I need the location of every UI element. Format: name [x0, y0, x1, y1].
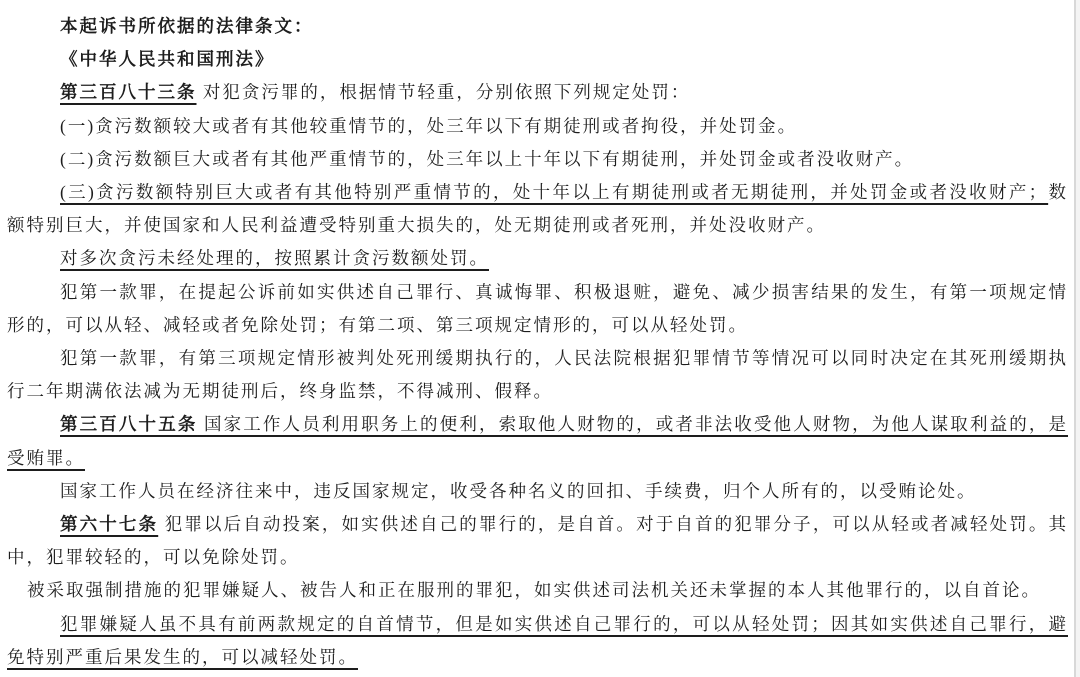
article-383-item-3: (三)贪污数额特别巨大或者有其他特别严重情节的，处十年以上有期徒刑或者无期徒刑，… — [7, 176, 1068, 242]
article-385-para-2: 国家工作人员在经济往来中，违反国家规定，收受各种名义的回扣、手续费，归个人所有的… — [7, 475, 1068, 508]
legal-text-body: 本起诉书所依据的法律条文：《中华人民共和国刑法》第三百八十三条 对犯贪污罪的，根… — [0, 0, 1074, 677]
text-run: 犯第一款罪，在提起公诉前如实供述自己罪行、真诚悔罪、积极退赃，避免、减少损害结果… — [7, 282, 1068, 335]
text-run: (二)贪污数额巨大或者有其他严重情节的，处三年以上十年以下有期徒刑，并处罚金或者… — [60, 149, 914, 169]
text-run: (三)贪污数额特别巨大或者有其他特别严重情节的，处十年以上有期徒刑或者无期徒刑，… — [60, 182, 1048, 202]
article-383-item-1: (一)贪污数额较大或者有其他较重情节的，处三年以下有期徒刑或者拘役，并处罚金。 — [7, 110, 1068, 143]
text-run: 犯罪嫌疑人虽不具有前两款规定的自首情节，但是如实供述自己罪行的，可以从轻处罚；因… — [7, 614, 1068, 667]
text-run: 犯罪以后自动投案，如实供述自己的罪行的，是自首。对于自首的犯罪分子，可以从轻或者… — [7, 514, 1068, 567]
page-background: 本起诉书所依据的法律条文：《中华人民共和国刑法》第三百八十三条 对犯贪污罪的，根… — [0, 0, 1080, 677]
text-run: 第六十七条 — [60, 514, 158, 534]
article-383-para-4: 犯第一款罪，有第三项规定情形被判处死刑缓期执行的，人民法院根据犯罪情节等情况可以… — [7, 342, 1068, 408]
text-run: 《中华人民共和国刑法》 — [60, 49, 275, 69]
article-383-para-2: 对多次贪污未经处理的，按照累计贪污数额处罚。 — [7, 242, 1068, 275]
text-run: 犯第一款罪，有第三项规定情形被判处死刑缓期执行的，人民法院根据犯罪情节等情况可以… — [7, 348, 1068, 401]
article-67-para-3: 犯罪嫌疑人虽不具有前两款规定的自首情节，但是如实供述自己罪行的，可以从轻处罚；因… — [7, 608, 1068, 674]
article-67-para-2: 被采取强制措施的犯罪嫌疑人、被告人和正在服刑的罪犯，如实供述司法机关还未掌握的本… — [7, 574, 1068, 607]
text-run: 对犯贪污罪的，根据情节轻重，分别依照下列规定处罚： — [197, 82, 691, 102]
law-title: 《中华人民共和国刑法》 — [7, 43, 1068, 76]
text-run: (一)贪污数额较大或者有其他较重情节的，处三年以下有期徒刑或者拘役，并处罚金。 — [60, 116, 797, 136]
text-run: 第三百八十三条 — [60, 82, 197, 102]
article-385-heading-para: 第三百八十五条 国家工作人员利用职务上的便利，索取他人财物的，或者非法收受他人财… — [7, 408, 1068, 474]
article-67-heading-para: 第六十七条 犯罪以后自动投案，如实供述自己的罪行的，是自首。对于自首的犯罪分子，… — [7, 508, 1068, 574]
text-run: 对多次贪污未经处理的，按照累计贪污数额处罚。 — [60, 248, 489, 268]
article-383-para-3: 犯第一款罪，在提起公诉前如实供述自己罪行、真诚悔罪、积极退赃，避免、减少损害结果… — [7, 276, 1068, 342]
document-page: 本起诉书所依据的法律条文：《中华人民共和国刑法》第三百八十三条 对犯贪污罪的，根… — [0, 0, 1076, 677]
doc-heading: 本起诉书所依据的法律条文： — [7, 10, 1068, 43]
text-run: 国家工作人员在经济往来中，违反国家规定，收受各种名义的回扣、手续费，归个人所有的… — [60, 481, 977, 501]
article-383-heading-para: 第三百八十三条 对犯贪污罪的，根据情节轻重，分别依照下列规定处罚： — [7, 76, 1068, 109]
text-run: 第三百八十五条 — [60, 414, 197, 434]
text-run: 本起诉书所依据的法律条文： — [60, 16, 314, 36]
article-383-item-2: (二)贪污数额巨大或者有其他严重情节的，处三年以上十年以下有期徒刑，并处罚金或者… — [7, 143, 1068, 176]
text-run: 被采取强制措施的犯罪嫌疑人、被告人和正在服刑的罪犯，如实供述司法机关还未掌握的本… — [27, 580, 1041, 600]
